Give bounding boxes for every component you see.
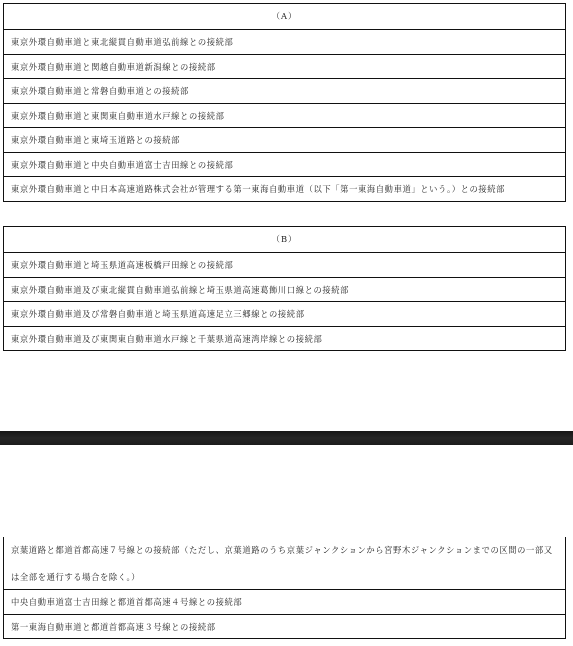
table-a-row: 東京外環自動車道と東北縦貫自動車道弘前線との接続部 (4, 29, 565, 54)
table-c-row: 中央自動車道富士吉田線と都道首都高速４号線との接続部 (4, 589, 565, 614)
table-c-row: 第一東海自動車道と都道首都高速３号線との接続部 (4, 614, 565, 639)
table-b-row: 東京外環自動車道と埼玉県道高速板橋戸田線との接続部 (4, 252, 565, 277)
table-b-row: 東京外環自動車道及び常磐自動車道と埼玉県道高速足立三郷線との接続部 (4, 301, 565, 326)
junction-table-c: 京葉道路と都道首都高速７号線との接続部（ただし、京葉道路のうち京葉ジャンクション… (3, 537, 566, 639)
table-c-row: 京葉道路と都道首都高速７号線との接続部（ただし、京葉道路のうち京葉ジャンクション… (4, 537, 565, 589)
table-a-row: 東京外環自動車道と常磐自動車道との接続部 (4, 78, 565, 103)
table-b-header: （B） (4, 227, 565, 252)
junction-table-a: （A） 東京外環自動車道と東北縦貫自動車道弘前線との接続部 東京外環自動車道と関… (3, 3, 566, 202)
table-b-row: 東京外環自動車道及び東関東自動車道水戸線と千葉県道高速湾岸線との接続部 (4, 326, 565, 351)
table-a-row: 東京外環自動車道と東関東自動車道水戸線との接続部 (4, 103, 565, 128)
junction-table-b: （B） 東京外環自動車道と埼玉県道高速板橋戸田線との接続部 東京外環自動車道及び… (3, 226, 566, 351)
table-a-header: （A） (4, 4, 565, 29)
table-b-row: 東京外環自動車道及び東北縦貫自動車道弘前線と埼玉県道高速葛飾川口線との接続部 (4, 277, 565, 302)
table-a-row: 東京外環自動車道と中日本高速道路株式会社が管理する第一東海自動車道（以下「第一東… (4, 176, 565, 201)
table-a-row: 東京外環自動車道と東埼玉道路との接続部 (4, 127, 565, 152)
page-break-divider (0, 431, 573, 445)
table-a-row: 東京外環自動車道と関越自動車道新潟線との接続部 (4, 54, 565, 79)
table-a-row: 東京外環自動車道と中央自動車道富士吉田線との接続部 (4, 152, 565, 177)
